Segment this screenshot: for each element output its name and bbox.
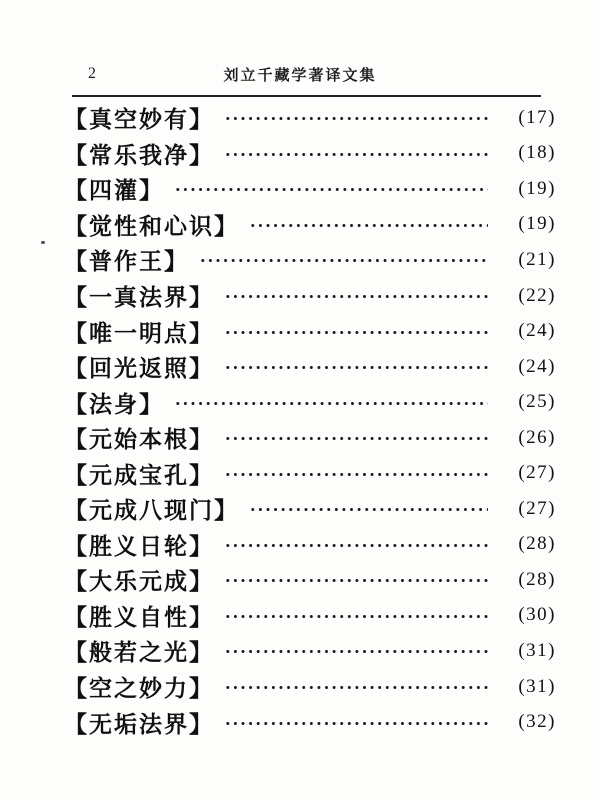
toc-entry: 【元成八现门】 (27) — [64, 491, 556, 527]
toc-entry-title: 【元始本根】 — [64, 421, 214, 454]
toc-entry: 【胜义自性】 (30) — [64, 598, 556, 634]
toc-entry-page: (27) — [502, 462, 556, 484]
dot-leader — [174, 187, 488, 192]
dot-leader — [224, 685, 488, 690]
toc-entry: 【元成宝孔】 (27) — [64, 455, 556, 491]
toc-entry: 【四灌】 (19) — [64, 171, 556, 207]
toc-entry-title: 【空之妙力】 — [64, 670, 214, 703]
toc-entry-page: (22) — [502, 285, 556, 307]
dot-leader — [249, 507, 488, 512]
toc-entry-title: 【回光返照】 — [64, 350, 214, 383]
toc-entry: 【觉性和心识】 (19) — [64, 207, 556, 243]
toc-entry-page: (24) — [502, 356, 556, 378]
toc-entry: 【元始本根】 (26) — [64, 420, 556, 456]
toc-entry-page: (32) — [502, 711, 556, 733]
toc-entry: 【无垢法界】 (32) — [64, 704, 556, 740]
dot-leader — [224, 578, 488, 583]
toc-list: 【真空妙有】 (17) 【常乐我净】 (18) 【四灌】 (19) 【觉性和心识… — [64, 100, 556, 740]
toc-entry-page: (27) — [502, 498, 556, 520]
toc-entry-title: 【常乐我净】 — [64, 137, 214, 170]
toc-entry-title: 【真空妙有】 — [64, 101, 214, 134]
toc-entry: 【唯一明点】 (24) — [64, 313, 556, 349]
dot-leader — [224, 649, 488, 654]
toc-entry-title: 【四灌】 — [64, 172, 164, 205]
book-page: 2 刘立千藏学著译文集 【真空妙有】 (17) 【常乐我净】 (18) 【四灌】… — [0, 0, 600, 800]
toc-entry-title: 【元成宝孔】 — [64, 457, 214, 490]
toc-entry: 【胜义日轮】 (28) — [64, 527, 556, 563]
toc-entry-page: (28) — [502, 569, 556, 591]
dot-leader — [224, 152, 488, 157]
ink-speck — [41, 241, 45, 244]
dot-leader — [249, 223, 488, 228]
toc-entry-page: (17) — [502, 107, 556, 129]
toc-entry-page: (31) — [502, 676, 556, 698]
toc-entry-page: (18) — [502, 142, 556, 164]
toc-entry-page: (26) — [502, 427, 556, 449]
toc-entry-title: 【胜义日轮】 — [64, 528, 214, 561]
dot-leader — [224, 365, 488, 370]
toc-entry-page: (28) — [502, 533, 556, 555]
toc-entry-page: (19) — [502, 178, 556, 200]
toc-entry-page: (24) — [502, 320, 556, 342]
toc-entry-page: (21) — [502, 249, 556, 271]
toc-entry: 【般若之光】 (31) — [64, 633, 556, 669]
dot-leader — [224, 614, 488, 619]
dot-leader — [224, 330, 488, 335]
header-rule — [72, 95, 541, 97]
dot-leader — [224, 472, 488, 477]
page-number: 2 — [88, 65, 96, 83]
dot-leader — [224, 436, 488, 441]
toc-entry: 【法身】 (25) — [64, 384, 556, 420]
toc-entry: 【大乐元成】 (28) — [64, 562, 556, 598]
toc-entry: 【常乐我净】 (18) — [64, 136, 556, 172]
toc-entry-title: 【大乐元成】 — [64, 563, 214, 596]
toc-entry-title: 【元成八现门】 — [64, 492, 239, 525]
toc-entry-title: 【觉性和心识】 — [64, 208, 239, 241]
toc-entry: 【普作王】 (21) — [64, 242, 556, 278]
toc-entry-page: (19) — [502, 213, 556, 235]
toc-entry-title: 【唯一明点】 — [64, 315, 214, 348]
toc-entry: 【真空妙有】 (17) — [64, 100, 556, 136]
toc-entry-title: 【般若之光】 — [64, 634, 214, 667]
toc-entry: 【空之妙力】 (31) — [64, 669, 556, 705]
dot-leader — [174, 401, 488, 406]
page-header: 2 刘立千藏学著译文集 — [0, 64, 600, 86]
dot-leader — [224, 721, 488, 726]
toc-entry-title: 【法身】 — [64, 386, 164, 419]
toc-entry-title: 【胜义自性】 — [64, 599, 214, 632]
toc-entry: 【一真法界】 (22) — [64, 278, 556, 314]
toc-entry-page: (30) — [502, 604, 556, 626]
toc-entry-title: 【普作王】 — [64, 243, 189, 276]
dot-leader — [224, 116, 488, 121]
toc-entry-page: (25) — [502, 391, 556, 413]
toc-entry: 【回光返照】 (24) — [64, 349, 556, 385]
dot-leader — [224, 543, 488, 548]
toc-entry-title: 【一真法界】 — [64, 279, 214, 312]
toc-entry-page: (31) — [502, 640, 556, 662]
toc-entry-title: 【无垢法界】 — [64, 706, 214, 739]
dot-leader — [224, 294, 488, 299]
dot-leader — [199, 258, 488, 263]
